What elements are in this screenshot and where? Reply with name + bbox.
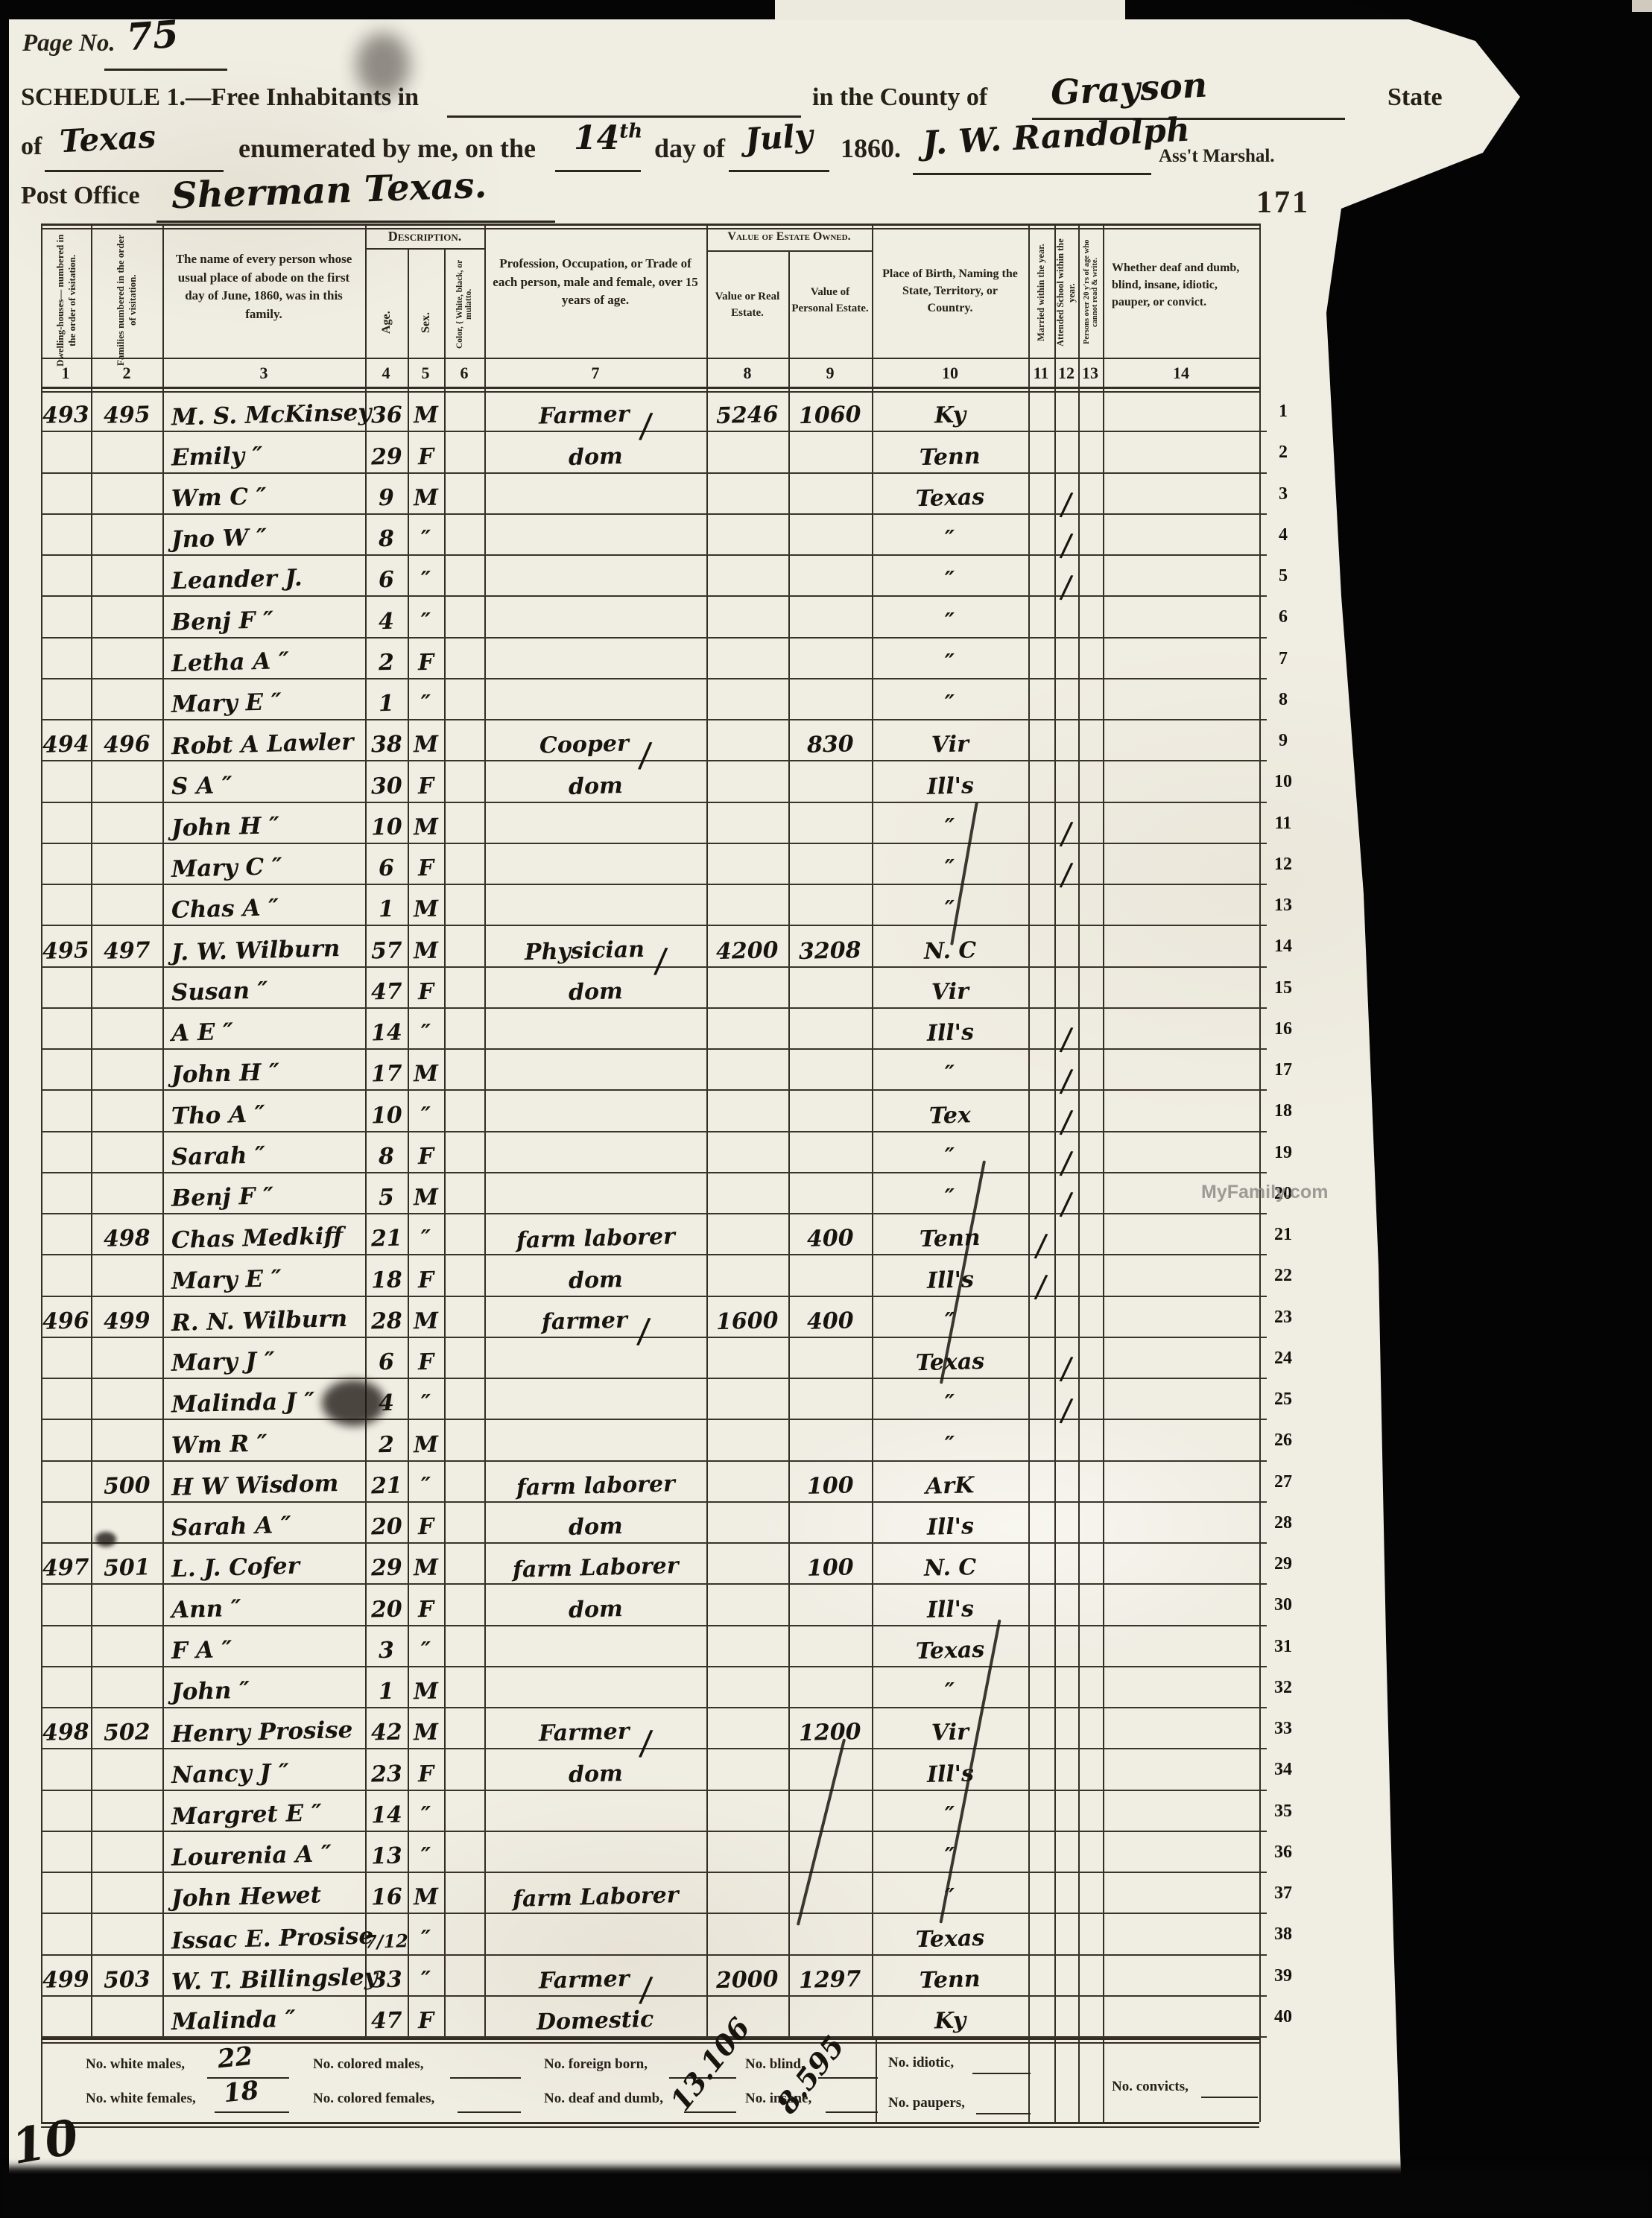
of-label: of bbox=[21, 133, 42, 161]
cell-sex: ″ bbox=[408, 1089, 444, 1130]
cell-personal-estate-value-text: 830 bbox=[806, 731, 854, 758]
cell-sex-text: ″ bbox=[420, 526, 431, 552]
cell-sex: F bbox=[408, 1501, 444, 1542]
cell-sex-text: M bbox=[413, 896, 438, 923]
cell-age-text: 30 bbox=[370, 773, 402, 799]
table-row: S A ″30FdomIll's bbox=[41, 761, 1267, 802]
cell-personal-estate-value: 400 bbox=[788, 1295, 872, 1337]
cell-real-estate-value-text: 2000 bbox=[716, 1966, 779, 1994]
idiotic-blank bbox=[972, 2073, 1031, 2074]
cell-birthplace: Ill's bbox=[872, 1501, 1028, 1542]
cell-birthplace: Texas bbox=[872, 472, 1028, 513]
cell-occupation bbox=[484, 883, 706, 925]
cell-occupation: dom bbox=[484, 1582, 706, 1624]
line-number: 21 bbox=[1262, 1225, 1304, 1245]
cell-birthplace: Ill's bbox=[872, 1007, 1028, 1048]
cell-birthplace-text: Ill's bbox=[926, 1267, 974, 1294]
cell-person-name-text: Letha A ″ bbox=[171, 647, 290, 677]
cell-family-number-text: 499 bbox=[103, 1308, 151, 1335]
cell-family-number bbox=[91, 1048, 162, 1089]
cell-dwelling-number bbox=[41, 1007, 91, 1048]
cell-sex: M bbox=[408, 883, 444, 925]
cell-dwelling-number bbox=[41, 1418, 91, 1460]
cell-dwelling-number: 494 bbox=[41, 718, 91, 760]
cell-birthplace: Vir bbox=[872, 966, 1028, 1007]
cell-age: 4 bbox=[365, 595, 408, 636]
table-row: Mary C ″6F″∕ bbox=[41, 844, 1267, 885]
cell-age: 33 bbox=[365, 1954, 408, 1995]
white-females-blank bbox=[215, 2111, 289, 2113]
cell-sex: ″ bbox=[408, 513, 444, 554]
cell-occupation: farm Laborer bbox=[484, 1871, 706, 1913]
col-condition-header: Whether deaf and dumb, blind, insane, id… bbox=[1112, 259, 1252, 311]
signature-underline bbox=[913, 173, 1151, 175]
paper-top-edge bbox=[775, 0, 1125, 20]
column-number: 6 bbox=[442, 364, 487, 383]
cell-real-estate-value bbox=[706, 430, 788, 472]
cell-sex-text: M bbox=[413, 1308, 438, 1334]
line-number: 14 bbox=[1262, 937, 1304, 957]
table-row: Tho A ″10″Tex∕ bbox=[41, 1091, 1267, 1132]
cell-birthplace: Texas bbox=[872, 1912, 1028, 1954]
col-birth-header: Place of Birth, Naming the State, Territ… bbox=[879, 265, 1021, 317]
cell-sex: ″ bbox=[408, 1912, 444, 1954]
cell-person-name: Robt A Lawler bbox=[162, 718, 374, 760]
cell-personal-estate-value bbox=[788, 1665, 872, 1707]
cell-real-estate-value bbox=[706, 472, 788, 513]
cell-sex: F bbox=[408, 842, 444, 884]
cell-family-number bbox=[91, 554, 162, 595]
cell-real-estate-value bbox=[706, 1747, 788, 1789]
cell-person-name: John H ″ bbox=[162, 1048, 374, 1089]
cell-dwelling-number: 499 bbox=[41, 1954, 91, 1995]
cell-sex: M bbox=[408, 924, 444, 966]
cell-occupation: dom bbox=[484, 966, 706, 1007]
cell-sex: F bbox=[408, 1582, 444, 1624]
cell-dwelling-number bbox=[41, 1747, 91, 1789]
cell-age-text: 2 bbox=[379, 1431, 395, 1458]
cell-family-number bbox=[91, 1912, 162, 1954]
cell-age-text: 3 bbox=[379, 1637, 395, 1664]
cell-personal-estate-value bbox=[788, 1253, 872, 1295]
cell-birthplace-text: Ill's bbox=[926, 1596, 974, 1623]
cell-sex: ″ bbox=[408, 1789, 444, 1831]
school-tally-mark: ∕ bbox=[1060, 862, 1074, 888]
cell-person-name: Chas A ″ bbox=[162, 883, 374, 925]
cell-dwelling-number bbox=[41, 472, 91, 513]
line-number: 12 bbox=[1262, 855, 1304, 875]
cell-age: 30 bbox=[365, 759, 408, 801]
cell-age-text: 10 bbox=[370, 814, 402, 840]
cell-sex-text: ″ bbox=[420, 1967, 431, 1993]
cell-real-estate-value bbox=[706, 595, 788, 636]
table-rule bbox=[41, 2122, 1259, 2124]
cell-personal-estate-value bbox=[788, 1007, 872, 1048]
col-personal-estate-header: Value of Personal Estate. bbox=[790, 285, 870, 317]
cell-sex-text: ″ bbox=[420, 567, 431, 593]
value-owned-group-label: Value of Estate Owned. bbox=[706, 230, 872, 244]
cell-personal-estate-value: 3208 bbox=[788, 924, 872, 966]
cell-birthplace-text: Ky bbox=[934, 402, 966, 429]
cell-birthplace-text: Texas bbox=[915, 1349, 984, 1376]
insane-blank bbox=[826, 2111, 878, 2113]
line-number: 8 bbox=[1262, 690, 1304, 710]
foreign-born-label: No. foreign born, bbox=[544, 2056, 648, 2073]
cell-occupation-text: dom bbox=[568, 1513, 623, 1541]
cell-family-number bbox=[91, 1253, 162, 1295]
cell-age-text: 21 bbox=[370, 1226, 402, 1252]
cell-age-text: 38 bbox=[370, 732, 402, 758]
cell-person-name-text: Mary C ″ bbox=[171, 853, 283, 883]
table-row: A E ″14″Ill's∕ bbox=[41, 1009, 1267, 1050]
enumerated-label: enumerated by me, on the bbox=[238, 133, 536, 164]
cell-person-name: Susan ″ bbox=[162, 966, 374, 1007]
line-number: 29 bbox=[1262, 1554, 1304, 1574]
cell-sex: F bbox=[408, 1253, 444, 1295]
cell-personal-estate-value bbox=[788, 801, 872, 843]
cell-person-name: Jno W ″ bbox=[162, 513, 374, 554]
cell-occupation bbox=[484, 472, 706, 513]
line-number: 4 bbox=[1262, 525, 1304, 545]
cell-personal-estate-value-text: 1297 bbox=[799, 1966, 861, 1994]
cell-family-number: 495 bbox=[91, 389, 162, 431]
cell-real-estate-value bbox=[706, 1501, 788, 1542]
cell-person-name: Chas Medkiff bbox=[162, 1212, 374, 1254]
cell-person-name: Malinda ″ bbox=[162, 1994, 374, 2036]
cell-age: 1 bbox=[365, 1665, 408, 1707]
cell-sex-text: M bbox=[413, 1555, 438, 1582]
cell-occupation-text: dom bbox=[568, 443, 623, 471]
cell-age-text: 1 bbox=[379, 896, 395, 923]
cell-birthplace-text: Vir bbox=[931, 978, 969, 1005]
cell-dwelling-number bbox=[41, 883, 91, 925]
cell-birthplace: ″ bbox=[872, 1665, 1028, 1707]
cell-sex: M bbox=[408, 472, 444, 513]
ink-blot bbox=[322, 1380, 385, 1426]
cell-person-name: Mary C ″ bbox=[162, 842, 374, 884]
cell-person-name: Benj F ″ bbox=[162, 1171, 374, 1213]
line-number: 5 bbox=[1262, 566, 1304, 586]
cell-personal-estate-value bbox=[788, 1089, 872, 1130]
cell-birthplace-text: ″ bbox=[945, 526, 955, 552]
cell-occupation-text: dom bbox=[568, 1761, 623, 1788]
cell-person-name: Benj F ″ bbox=[162, 595, 374, 636]
cell-age-text: 28 bbox=[370, 1308, 402, 1334]
marshal-label: Ass't Marshal. bbox=[1159, 146, 1275, 167]
cell-family-number bbox=[91, 1418, 162, 1460]
cell-dwelling-number: 496 bbox=[41, 1295, 91, 1337]
table-row: 499503W. T. Billingsley33″Farmer∕2000129… bbox=[41, 1956, 1267, 1997]
cell-age: 38 bbox=[365, 718, 408, 760]
idiotic-label: No. idiotic, bbox=[888, 2055, 954, 2071]
cell-sex: M bbox=[408, 1295, 444, 1337]
column-number: 14 bbox=[1159, 364, 1203, 383]
line-number: 38 bbox=[1262, 1924, 1304, 1945]
cell-dwelling-number bbox=[41, 1377, 91, 1419]
cell-personal-estate-value bbox=[788, 1130, 872, 1172]
col-dwelling-header: Dwelling-houses— numbered in the order o… bbox=[43, 231, 89, 369]
day-value: 14th bbox=[574, 119, 642, 157]
cell-person-name: R. N. Wilburn bbox=[162, 1295, 374, 1337]
cell-personal-estate-value: 100 bbox=[788, 1460, 872, 1501]
cell-person-name: Letha A ″ bbox=[162, 636, 374, 678]
cell-birthplace-text: ″ bbox=[945, 1185, 955, 1211]
cell-dwelling-number bbox=[41, 430, 91, 472]
cell-occupation bbox=[484, 1377, 706, 1419]
white-males-label: No. white males, bbox=[86, 2056, 185, 2073]
cell-school-mark: ∕ bbox=[1054, 1336, 1078, 1378]
cell-family-number bbox=[91, 883, 162, 925]
cell-personal-estate-value bbox=[788, 595, 872, 636]
cell-real-estate-value bbox=[706, 1871, 788, 1913]
cell-birthplace: ″ bbox=[872, 595, 1028, 636]
cell-age: 8 bbox=[365, 513, 408, 554]
cell-person-name-text: A E ″ bbox=[171, 1018, 234, 1047]
cell-dwelling-number-text: 496 bbox=[42, 1308, 90, 1335]
cell-person-name-text: Malinda J ″ bbox=[171, 1388, 315, 1419]
table-row: Leander J.6″″∕ bbox=[41, 556, 1267, 597]
line-number: 3 bbox=[1262, 484, 1304, 504]
cell-occupation-text: dom bbox=[568, 1267, 623, 1294]
line-number: 15 bbox=[1262, 978, 1304, 998]
table-row: 494496Robt A Lawler38MCooper∕830Vir bbox=[41, 720, 1267, 761]
cell-birthplace: N. C bbox=[872, 1541, 1028, 1583]
state-value: Texas bbox=[59, 118, 156, 160]
cell-age-text: 18 bbox=[370, 1267, 402, 1293]
cell-personal-estate-value bbox=[788, 1994, 872, 2036]
col-color-header: Color, { White, black, or mulatto. bbox=[444, 252, 484, 356]
cell-age: 29 bbox=[365, 430, 408, 472]
cell-occupation: dom bbox=[484, 1253, 706, 1295]
cell-sex-text: F bbox=[417, 1267, 434, 1293]
cell-person-name-text: Nancy J ″ bbox=[171, 1758, 290, 1788]
cell-birthplace: Tenn bbox=[872, 1212, 1028, 1254]
convicts-label: No. convicts, bbox=[1112, 2079, 1189, 2095]
cell-age-text: 16 bbox=[370, 1884, 402, 1911]
cell-birthplace: ″ bbox=[872, 1789, 1028, 1831]
cell-sex-text: F bbox=[417, 978, 434, 1005]
cell-personal-estate-value bbox=[788, 842, 872, 884]
cell-dwelling-number bbox=[41, 1912, 91, 1954]
cell-person-name-text: R. N. Wilburn bbox=[171, 1305, 348, 1337]
cell-real-estate-value bbox=[706, 554, 788, 595]
cell-birthplace-text: ″ bbox=[945, 1390, 955, 1416]
cell-age: 16 bbox=[365, 1871, 408, 1913]
cell-age: 23 bbox=[365, 1747, 408, 1789]
cell-person-name-text: John Hewet bbox=[171, 1882, 322, 1913]
table-row: Issac E. Prosise7/12″Texas bbox=[41, 1914, 1267, 1955]
line-number: 10 bbox=[1262, 772, 1304, 792]
cell-real-estate-value: 4200 bbox=[706, 924, 788, 966]
cell-sex-text: M bbox=[413, 402, 438, 429]
table-row: Margret E ″14″″ bbox=[41, 1791, 1267, 1832]
cell-dwelling-number bbox=[41, 636, 91, 678]
day-suffix: th bbox=[619, 120, 642, 142]
cell-school-mark: ∕ bbox=[1054, 1089, 1078, 1130]
cell-birthplace-text: Tex bbox=[929, 1102, 972, 1129]
cell-sex: ″ bbox=[408, 595, 444, 636]
school-tally-mark: ∕ bbox=[1060, 1191, 1074, 1217]
cell-person-name-text: Mary J ″ bbox=[171, 1347, 276, 1377]
table-row: Malinda J ″4″″∕ bbox=[41, 1379, 1267, 1420]
cell-person-name-text: John H ″ bbox=[171, 812, 280, 842]
cell-birthplace-text: Tenn bbox=[920, 443, 981, 470]
cell-person-name: W. T. Billingsley bbox=[162, 1954, 374, 1995]
cell-sex: M bbox=[408, 1706, 444, 1748]
cell-person-name-text: J. W. Wilburn bbox=[171, 935, 341, 966]
cell-school-mark: ∕ bbox=[1054, 513, 1078, 554]
table-row: Sarah ″8F″∕ bbox=[41, 1132, 1267, 1173]
cell-real-estate-value bbox=[706, 1912, 788, 1954]
cell-family-number-text: 500 bbox=[103, 1472, 151, 1500]
cell-family-number bbox=[91, 430, 162, 472]
cell-real-estate-value bbox=[706, 1130, 788, 1172]
cell-personal-estate-value bbox=[788, 677, 872, 719]
cell-real-estate-value bbox=[706, 718, 788, 760]
table-rule bbox=[41, 2038, 1259, 2040]
month-underline bbox=[729, 170, 829, 172]
paupers-label: No. paupers, bbox=[888, 2095, 965, 2111]
cell-family-number bbox=[91, 1789, 162, 1831]
cell-occupation: Farmer∕ bbox=[484, 1954, 706, 1995]
cell-birthplace: ″ bbox=[872, 513, 1028, 554]
colored-males-blank bbox=[450, 2077, 521, 2079]
cell-person-name-text: S A ″ bbox=[171, 771, 233, 799]
cell-age: 6 bbox=[365, 1336, 408, 1378]
cell-sex-text: M bbox=[413, 484, 438, 511]
table-row: Mary E ″1″″ bbox=[41, 679, 1267, 720]
cell-birthplace-text: ″ bbox=[945, 1679, 955, 1705]
cell-birthplace: Ill's bbox=[872, 1582, 1028, 1624]
cell-family-number-text: 501 bbox=[103, 1554, 151, 1582]
table-row: 498502Henry Prosise42MFarmer∕1200Vir bbox=[41, 1708, 1267, 1749]
value-group-rule bbox=[706, 250, 872, 252]
cell-person-name: F A ″ bbox=[162, 1624, 374, 1666]
cell-occupation bbox=[484, 1007, 706, 1048]
cell-sex-text: M bbox=[413, 1185, 438, 1211]
line-number: 30 bbox=[1262, 1595, 1304, 1615]
cell-age-text: 47 bbox=[370, 978, 402, 1005]
cell-person-name-text: H W Wisdom bbox=[171, 1470, 339, 1501]
cell-age: 3 bbox=[365, 1624, 408, 1666]
cell-birthplace-text: Ill's bbox=[926, 773, 974, 800]
cell-birthplace-text: ″ bbox=[945, 608, 955, 634]
cell-sex: M bbox=[408, 718, 444, 760]
cell-family-number-text: 498 bbox=[103, 1225, 151, 1252]
column-number: 10 bbox=[928, 364, 972, 383]
school-tally-mark: ∕ bbox=[1060, 574, 1074, 600]
cell-birthplace: Vir bbox=[872, 1706, 1028, 1748]
cell-age: 1 bbox=[365, 883, 408, 925]
cell-birthplace-text: Ill's bbox=[926, 1513, 974, 1541]
cell-person-name: L. J. Cofer bbox=[162, 1541, 374, 1583]
cell-birthplace-text: ″ bbox=[945, 650, 955, 676]
cell-birthplace: ″ bbox=[872, 1377, 1028, 1419]
cell-family-number: 498 bbox=[91, 1212, 162, 1254]
cell-birthplace: ″ bbox=[872, 1048, 1028, 1089]
cell-sex-text: F bbox=[417, 1349, 434, 1376]
cell-birthplace-text: ″ bbox=[945, 1431, 955, 1457]
cell-real-estate-value bbox=[706, 1007, 788, 1048]
cell-birthplace-text: ″ bbox=[945, 567, 955, 593]
cell-person-name: Margret E ″ bbox=[162, 1789, 374, 1831]
cell-person-name-text: Sarah A ″ bbox=[171, 1512, 292, 1541]
cell-dwelling-number bbox=[41, 801, 91, 843]
cell-person-name: Mary J ″ bbox=[162, 1336, 374, 1378]
table-rule bbox=[41, 2126, 1259, 2128]
table-row: 495497J. W. Wilburn57MPhysician∕42003208… bbox=[41, 926, 1267, 967]
cell-personal-estate-value: 1060 bbox=[788, 389, 872, 431]
cell-age-text: 1 bbox=[379, 691, 395, 717]
table-row: Wm R ″2M″ bbox=[41, 1420, 1267, 1461]
cell-family-number-text: 496 bbox=[103, 731, 151, 758]
cell-occupation bbox=[484, 1830, 706, 1872]
day-underline bbox=[555, 170, 641, 172]
cell-sex-text: M bbox=[413, 1884, 438, 1911]
cell-dwelling-number bbox=[41, 1789, 91, 1831]
page-no-label: Page No. bbox=[22, 30, 115, 57]
cell-family-number: 499 bbox=[91, 1295, 162, 1337]
cell-occupation-text: dom bbox=[568, 773, 623, 800]
cell-occupation-text: farmer bbox=[541, 1307, 627, 1335]
table-row: John ″1M″ bbox=[41, 1667, 1267, 1708]
cell-dwelling-number bbox=[41, 1048, 91, 1089]
footer-column-rule bbox=[1259, 2038, 1261, 2122]
cell-occupation bbox=[484, 1789, 706, 1831]
cell-birthplace: ″ bbox=[872, 1130, 1028, 1172]
cell-person-name-text: Henry Prosise bbox=[171, 1717, 353, 1748]
cell-age-text: 5 bbox=[379, 1185, 395, 1211]
cell-occupation: farm laborer bbox=[484, 1460, 706, 1501]
schedule-title: SCHEDULE 1.—Free Inhabitants in bbox=[21, 83, 419, 112]
cell-person-name: John ″ bbox=[162, 1665, 374, 1707]
cell-sex-text: ″ bbox=[420, 1020, 431, 1046]
cell-sex: ″ bbox=[408, 1460, 444, 1501]
table-row: Letha A ″2F″ bbox=[41, 639, 1267, 679]
cell-age-text: 6 bbox=[379, 567, 395, 594]
table-row: 500H W Wisdom21″farm laborer100ArK bbox=[41, 1462, 1267, 1503]
day-of-label: day of bbox=[654, 133, 725, 164]
cell-sex: ″ bbox=[408, 1830, 444, 1872]
scan-bottom-border bbox=[0, 2167, 1652, 2218]
table-row: Jno W ″8″″∕ bbox=[41, 515, 1267, 556]
cell-dwelling-number: 495 bbox=[41, 924, 91, 966]
cell-family-number bbox=[91, 1171, 162, 1213]
cell-occupation bbox=[484, 1624, 706, 1666]
cell-person-name: John H ″ bbox=[162, 801, 374, 843]
cell-personal-estate-value bbox=[788, 472, 872, 513]
page-no-value: 75 bbox=[125, 12, 180, 60]
cell-person-name: M. S. McKinsey bbox=[162, 389, 374, 431]
footer-column-rule bbox=[41, 2038, 42, 2122]
column-number: 4 bbox=[364, 364, 408, 383]
cell-sex: F bbox=[408, 759, 444, 801]
cell-family-number bbox=[91, 759, 162, 801]
cell-personal-estate-value bbox=[788, 1582, 872, 1624]
cell-person-name-text: Benj F ″ bbox=[171, 1182, 274, 1212]
table-row: Mary E ″18FdomIll's∕ bbox=[41, 1255, 1267, 1296]
cell-age-text: 33 bbox=[370, 1966, 402, 1993]
cell-sex-text: ″ bbox=[420, 1638, 431, 1664]
cell-sex-text: M bbox=[413, 1431, 438, 1458]
footer-column-rule bbox=[1028, 2038, 1030, 2122]
cell-family-number-text: 495 bbox=[103, 402, 151, 429]
cell-person-name-text: F A ″ bbox=[171, 1636, 232, 1664]
cell-birthplace: Tenn bbox=[872, 430, 1028, 472]
cell-sex-text: M bbox=[413, 937, 438, 964]
cell-age-text: 47 bbox=[370, 2007, 402, 2034]
cell-personal-estate-value bbox=[788, 759, 872, 801]
